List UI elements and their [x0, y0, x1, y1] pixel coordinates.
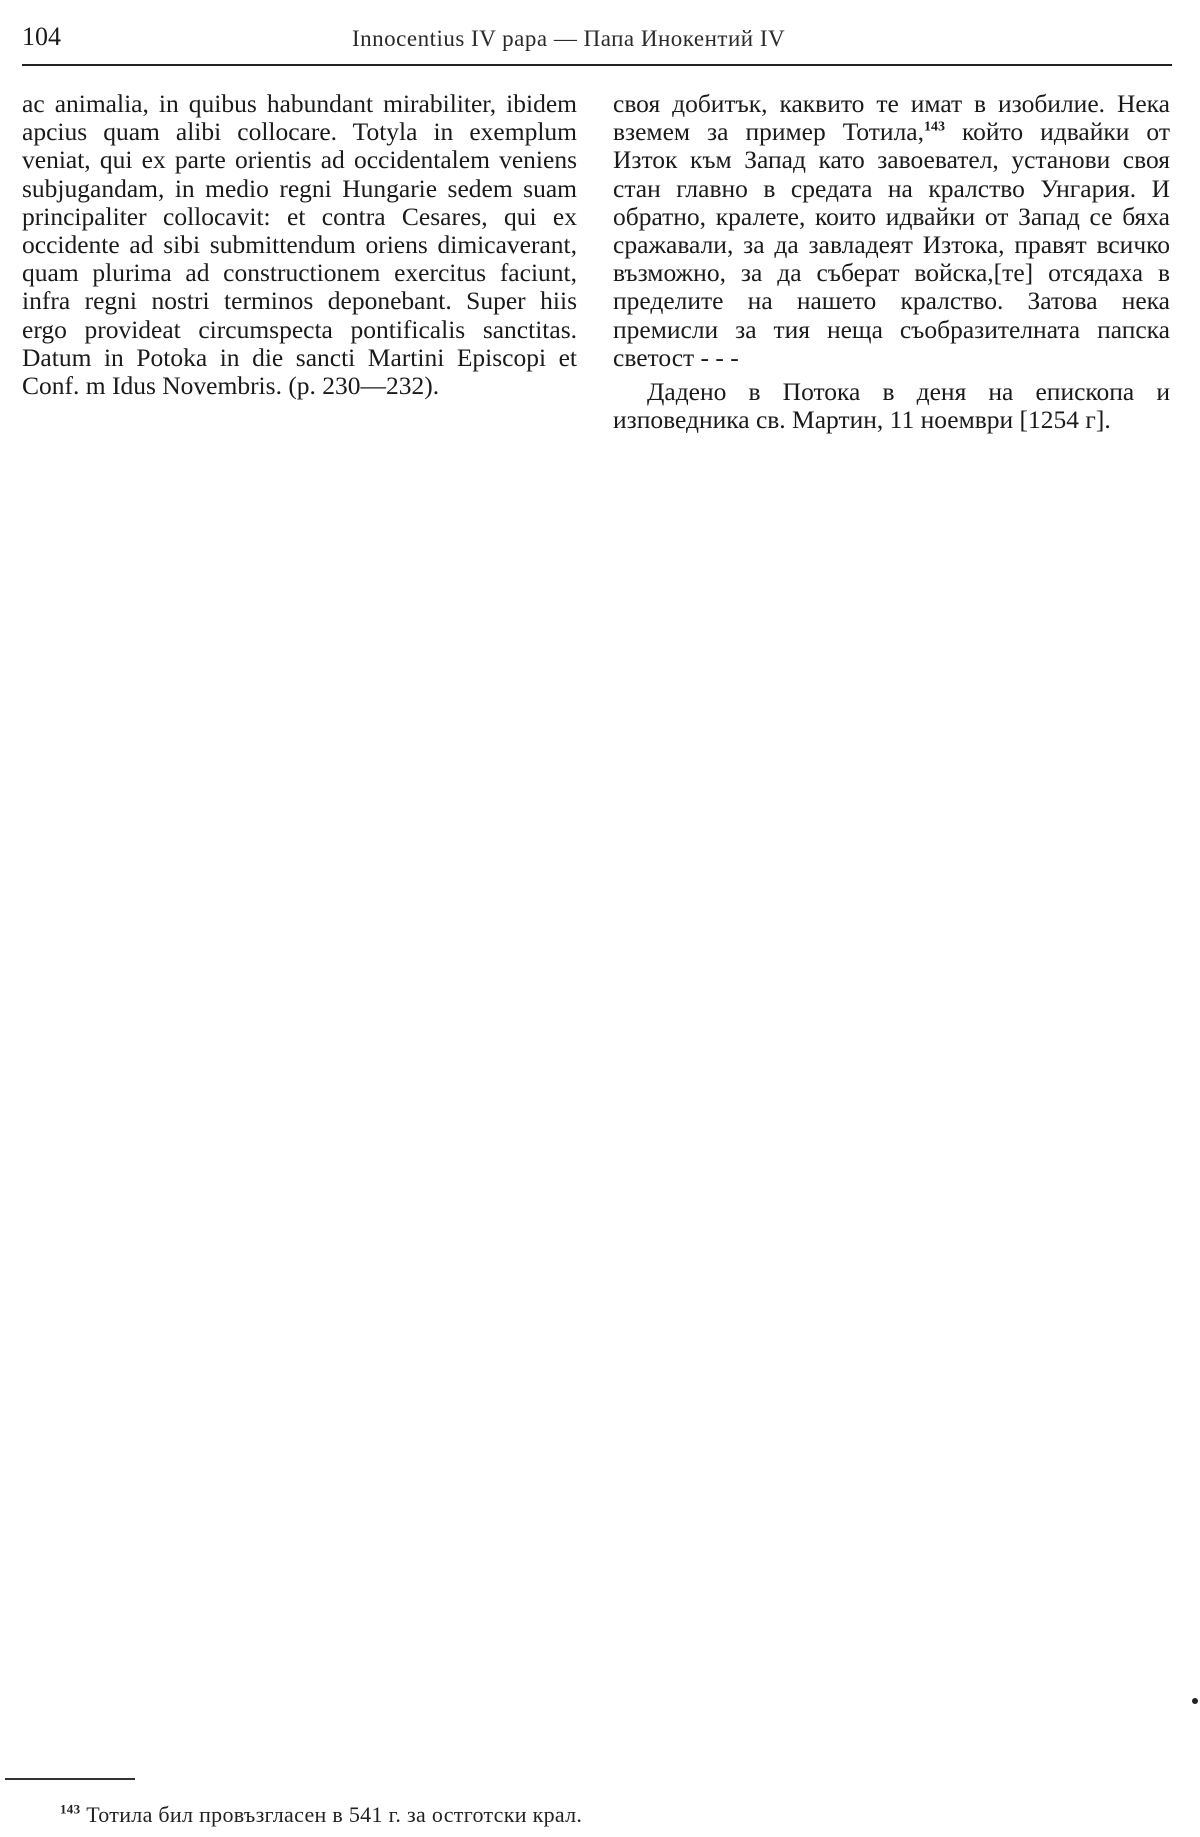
footnote-reference[interactable]: 143	[924, 120, 945, 135]
footnote-divider	[5, 1778, 135, 1780]
scan-speck	[1192, 1698, 1198, 1704]
footnote-number: 143	[60, 1802, 80, 1817]
latin-column: ac animalia, in quibus habundant mirabil…	[22, 90, 577, 400]
footnote-text: Тотила бил провъзгласен в 541 г. за остг…	[80, 1802, 582, 1827]
latin-text: ac animalia, in quibus habundant mirabil…	[22, 90, 577, 400]
header-divider	[22, 64, 1172, 66]
page-header: 104 Innocentius IV papa — Папа Инокентий…	[22, 18, 1172, 66]
bulgarian-paragraph-2: Дадено в Потока в деня на епископа и изп…	[613, 378, 1170, 434]
bulgarian-text-part-2: който идвайки от Изток към Запад като за…	[613, 117, 1170, 372]
footnote: 143 Тотила бил провъзгласен в 541 г. за …	[60, 1802, 582, 1828]
running-title: Innocentius IV papa — Папа Инокентий IV	[352, 26, 785, 52]
bulgarian-column: своя добитък, каквито те имат в изобилие…	[613, 90, 1170, 434]
bulgarian-paragraph-1: своя добитък, каквито те имат в изобилие…	[613, 90, 1170, 372]
page-number: 104	[22, 22, 61, 52]
